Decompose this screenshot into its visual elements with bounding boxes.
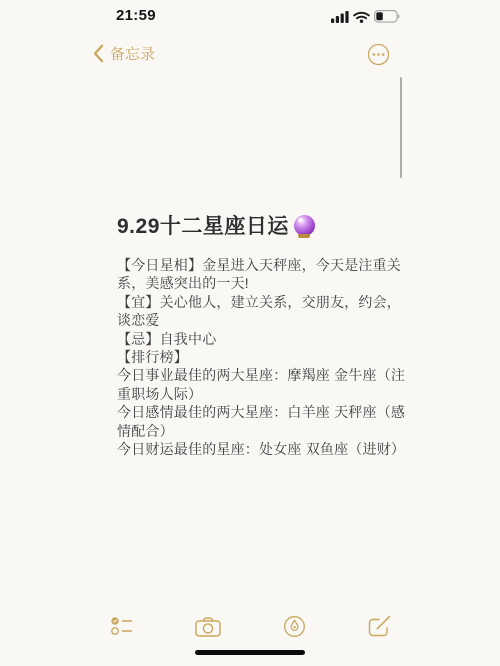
wifi-icon <box>353 11 370 23</box>
compose-icon <box>368 615 392 638</box>
back-label: 备忘录 <box>110 43 155 64</box>
status-icons <box>331 10 401 23</box>
compose-button[interactable] <box>362 612 398 640</box>
camera-icon <box>195 616 221 637</box>
notes-app-screen: 21:59 备忘录 <box>0 0 500 666</box>
cellular-signal-icon <box>331 11 349 23</box>
markup-icon <box>283 615 306 638</box>
bottom-toolbar <box>104 612 398 640</box>
scrollbar[interactable] <box>400 77 402 178</box>
ellipsis-circle-icon <box>367 43 390 66</box>
markup-button[interactable] <box>276 612 312 640</box>
note-title[interactable]: 9.29十二星座日运 <box>117 213 315 240</box>
more-button[interactable] <box>367 43 390 66</box>
status-time: 21:59 <box>116 7 156 24</box>
chevron-left-icon <box>93 44 104 63</box>
checklist-button[interactable] <box>104 612 140 640</box>
checklist-icon <box>110 615 134 637</box>
note-title-text: 9.29十二星座日运 <box>117 215 289 238</box>
crystal-ball-emoji <box>294 215 315 236</box>
back-button[interactable]: 备忘录 <box>93 43 155 64</box>
camera-button[interactable] <box>190 612 226 640</box>
note-body[interactable]: 【今日星相】金星进入天秤座，今天是注重关 系，美感突出的一天! 【宜】关心他人，… <box>117 256 417 458</box>
battery-icon <box>374 10 401 23</box>
home-indicator[interactable] <box>195 650 305 655</box>
